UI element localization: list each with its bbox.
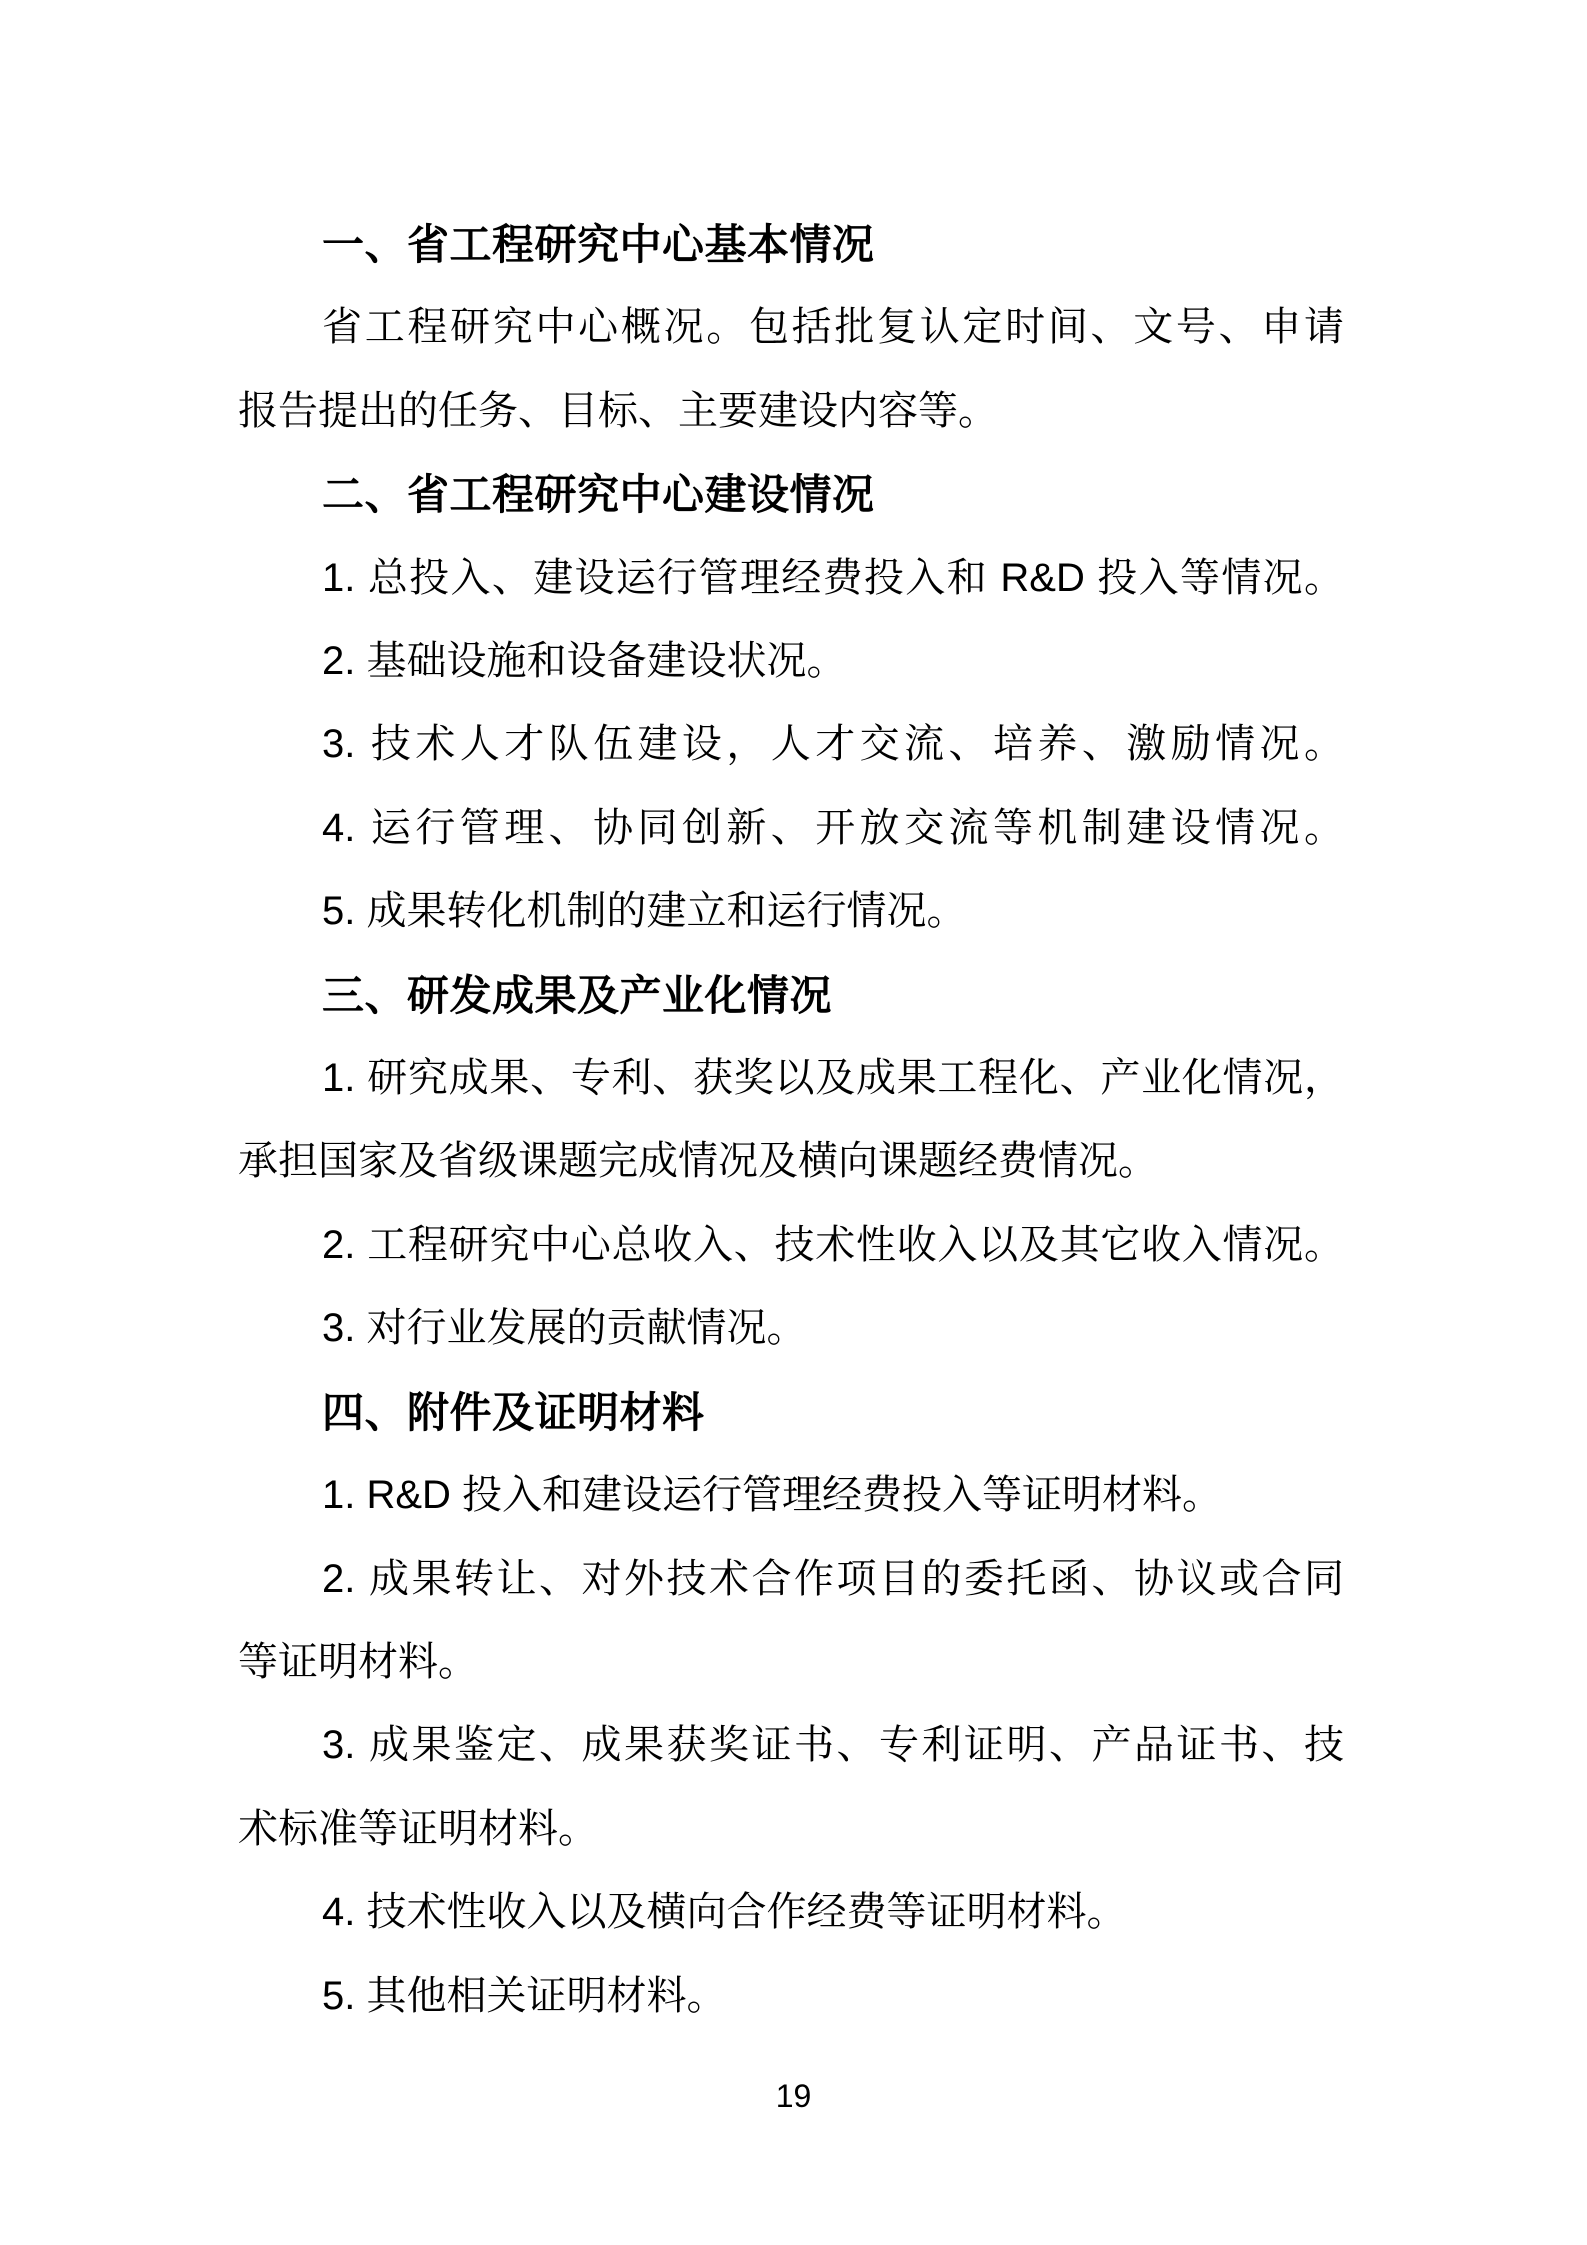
list-item: 1. 研究成果、专利、获奖以及成果工程化、产业化情况， (238, 1037, 1344, 1120)
paragraph-line: 术标准等证明材料。 (238, 1788, 1344, 1871)
list-item: 4. 运行管理、协同创新、开放交流等机制建设情况。 (238, 787, 1344, 870)
list-item: 5. 成果转化机制的建立和运行情况。 (238, 870, 1344, 953)
list-item: 3. 成果鉴定、成果获奖证书、专利证明、产品证书、技 (238, 1704, 1344, 1787)
section-construction: 二、省工程研究中心建设情况 1. 总投入、建设运行管理经费投入和 R&D 投入等… (238, 453, 1344, 953)
document-body: 一、省工程研究中心基本情况 省工程研究中心概况。包括批复认定时间、文号、申请 报… (238, 203, 1344, 2038)
list-item: 2. 工程研究中心总收入、技术性收入以及其它收入情况。 (238, 1204, 1344, 1287)
list-item: 3. 技术人才队伍建设，人才交流、培养、激励情况。 (238, 703, 1344, 786)
paragraph-line: 省工程研究中心概况。包括批复认定时间、文号、申请 (238, 286, 1344, 369)
section-heading: 二、省工程研究中心建设情况 (238, 453, 1344, 536)
list-item: 3. 对行业发展的贡献情况。 (238, 1287, 1344, 1370)
list-item: 4. 技术性收入以及横向合作经费等证明材料。 (238, 1871, 1344, 1954)
section-heading: 一、省工程研究中心基本情况 (238, 203, 1344, 286)
list-item: 2. 基础设施和设备建设状况。 (238, 620, 1344, 703)
list-item: 1. R&D 投入和建设运行管理经费投入等证明材料。 (238, 1454, 1344, 1537)
section-heading: 四、附件及证明材料 (238, 1371, 1344, 1454)
section-attachments: 四、附件及证明材料 1. R&D 投入和建设运行管理经费投入等证明材料。 2. … (238, 1371, 1344, 2038)
section-basic-info: 一、省工程研究中心基本情况 省工程研究中心概况。包括批复认定时间、文号、申请 报… (238, 203, 1344, 453)
paragraph-line: 报告提出的任务、目标、主要建设内容等。 (238, 370, 1344, 453)
paragraph-line: 承担国家及省级课题完成情况及横向课题经费情况。 (238, 1120, 1344, 1203)
list-item: 2. 成果转让、对外技术合作项目的委托函、协议或合同 (238, 1538, 1344, 1621)
document-page: 一、省工程研究中心基本情况 省工程研究中心概况。包括批复认定时间、文号、申请 报… (0, 0, 1587, 2245)
paragraph-line: 等证明材料。 (238, 1621, 1344, 1704)
list-item: 1. 总投入、建设运行管理经费投入和 R&D 投入等情况。 (238, 537, 1344, 620)
list-item: 5. 其他相关证明材料。 (238, 1955, 1344, 2038)
section-rnd-results: 三、研发成果及产业化情况 1. 研究成果、专利、获奖以及成果工程化、产业化情况，… (238, 954, 1344, 1371)
section-heading: 三、研发成果及产业化情况 (238, 954, 1344, 1037)
page-number: 19 (0, 2078, 1587, 2115)
